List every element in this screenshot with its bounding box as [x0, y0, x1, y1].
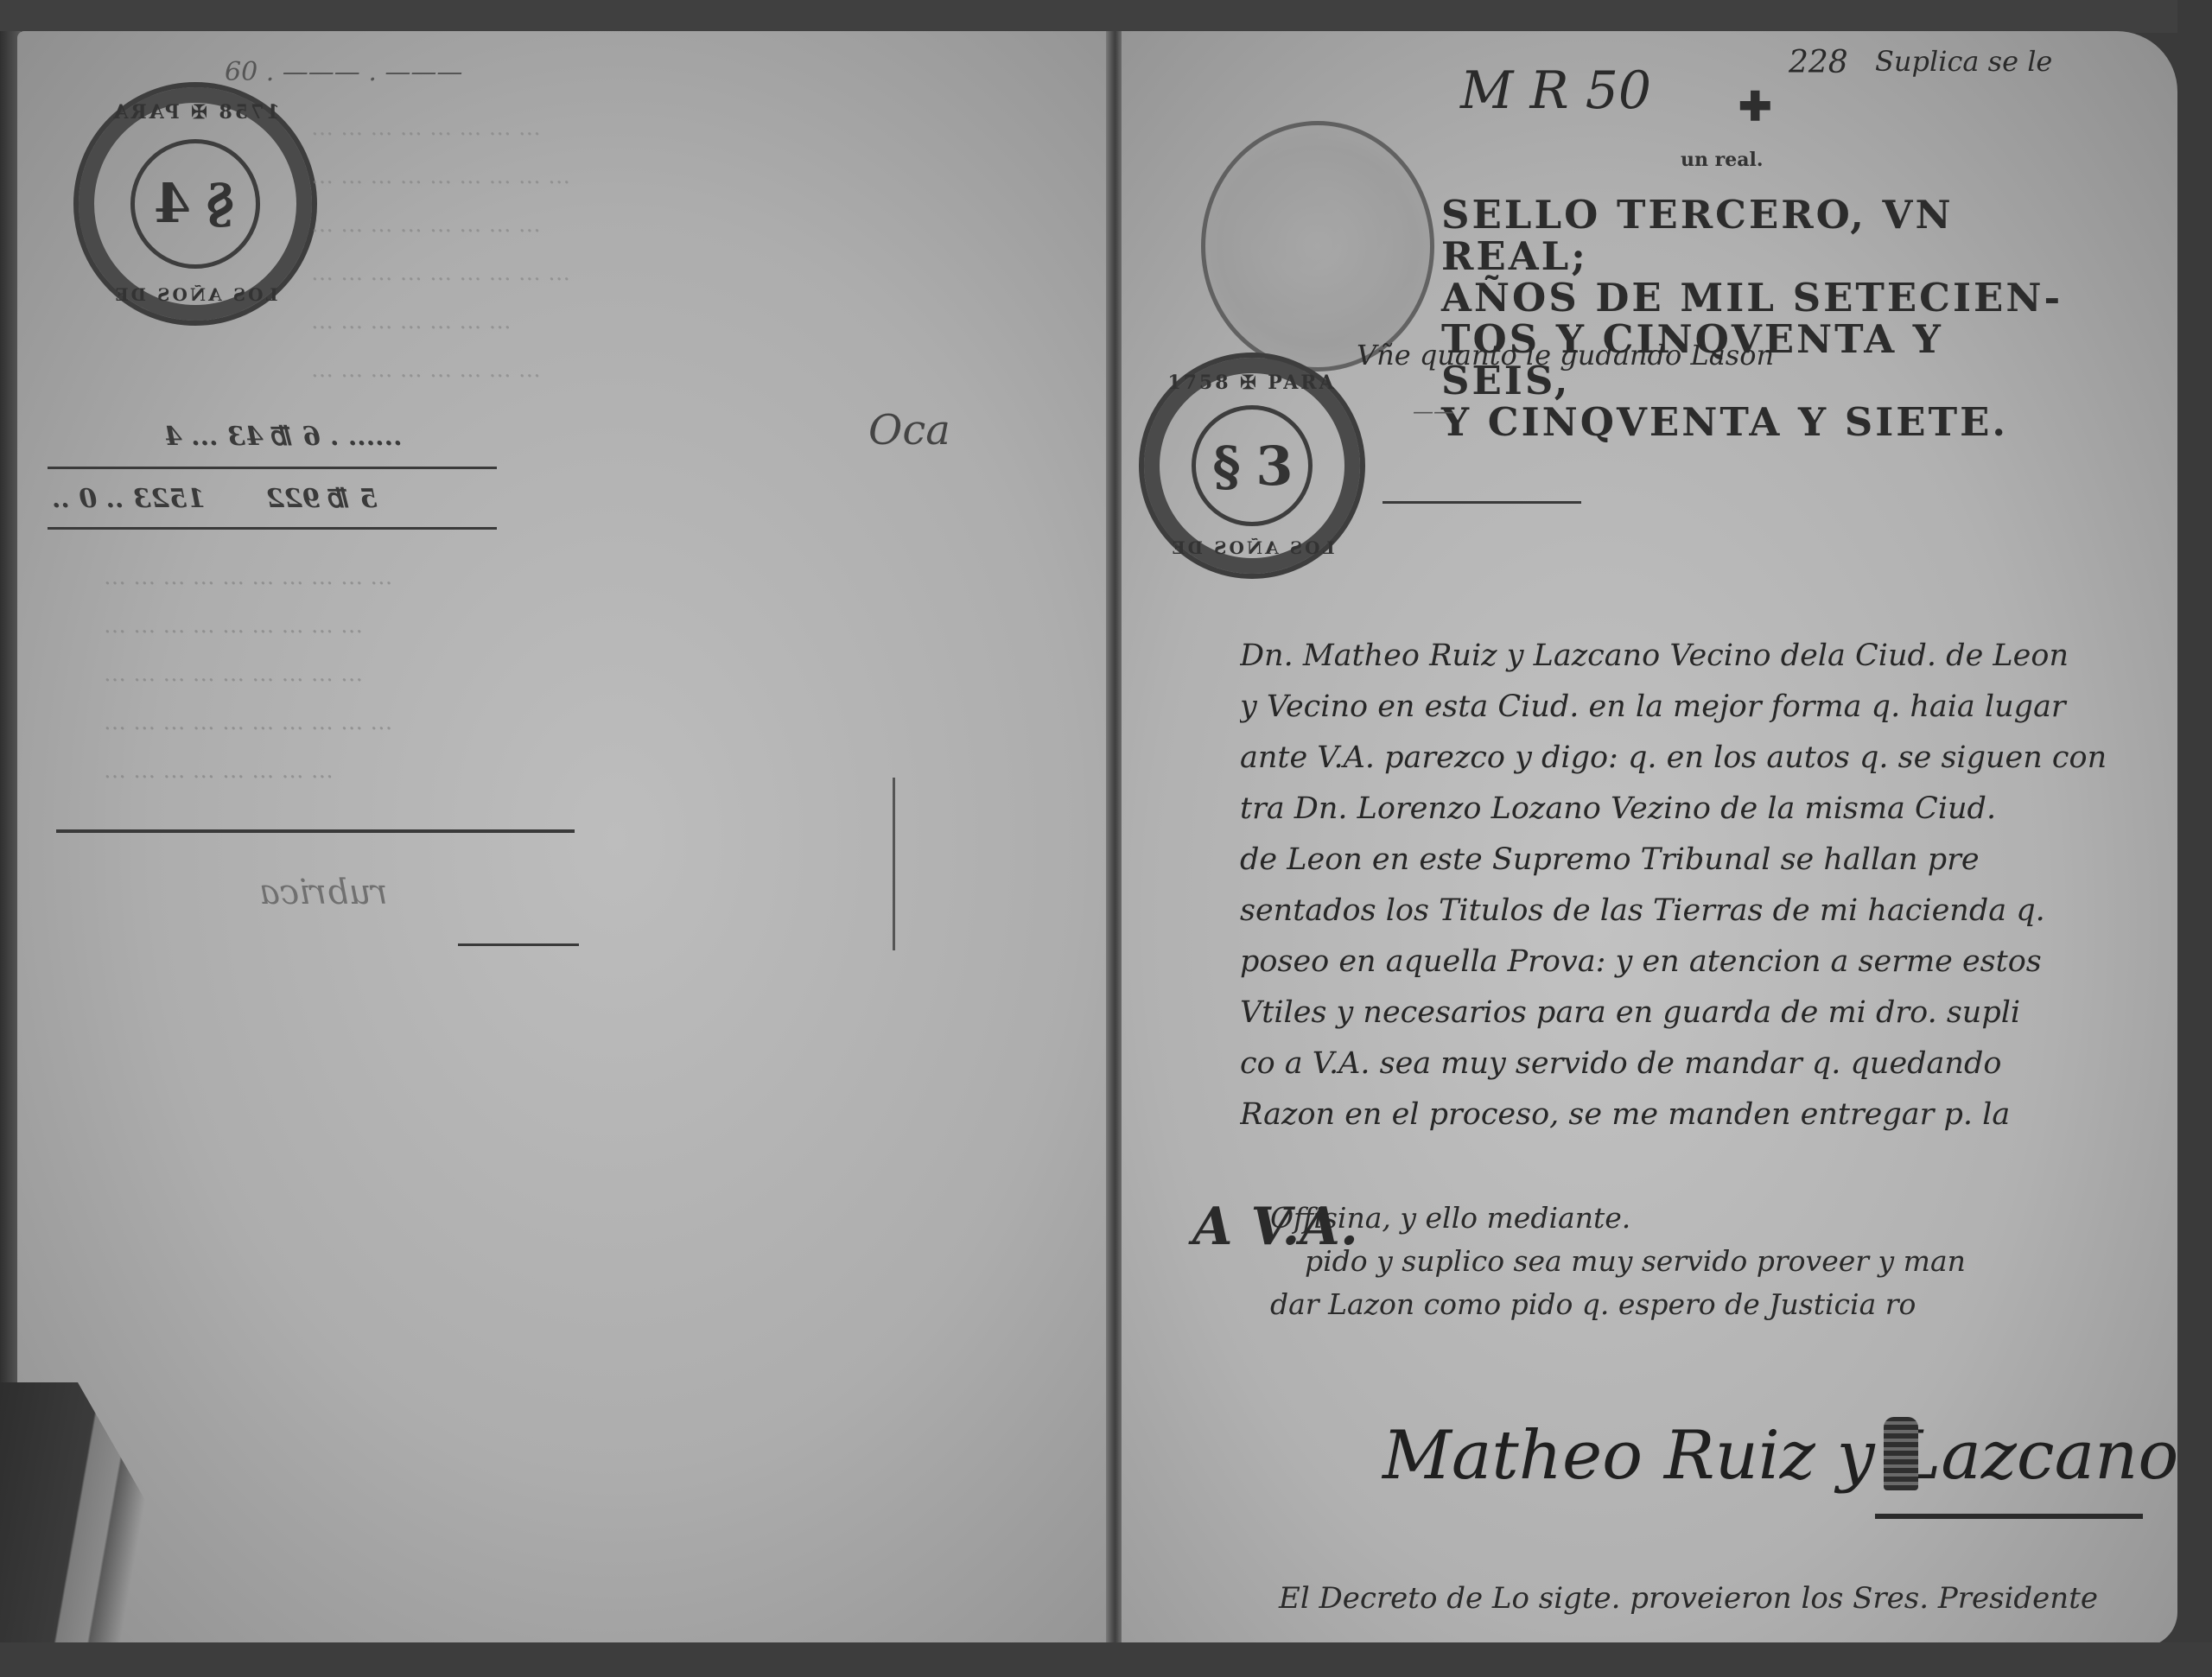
heading-rule — [1382, 501, 1581, 504]
handwritten-heading-2: —— — [1413, 399, 1454, 423]
body-line: ante V.A. parezco y digo: q. en los auto… — [1240, 733, 2173, 784]
heading-line: Y CINQVENTA Y SIETE. — [1441, 402, 2072, 443]
seal-ring-text-top: 1758 ✠ PARA — [1144, 372, 1360, 394]
ghost-line: … … … … … … … — [311, 297, 512, 346]
body-line: sentados los Titulos de las Tierras de m… — [1240, 886, 2173, 937]
royal-coat-of-arms-seal — [1201, 121, 1434, 372]
handwritten-heading: Vñe quanto le gudando Lason — [1357, 339, 1774, 372]
folio-mark: M R 50 — [1460, 60, 1651, 121]
heading-line: SELLO TERCERO, VN REAL; — [1441, 194, 2072, 277]
ghost-line: … … … … … … … … — [311, 104, 541, 152]
margin-note: Suplica se le — [1875, 45, 2052, 78]
petition-body: Dn. Matheo Ruiz y Lazcano Vecino dela Ci… — [1240, 631, 2173, 1140]
decree-text: El Decreto de Lo sigte. proveieron los S… — [1279, 1581, 2098, 1616]
left-signature-rule — [458, 943, 579, 946]
body-line: de Leon en este Supremo Tribunal se hall… — [1240, 835, 2173, 886]
seal-ring-text-bottom: LOS AÑOS DE — [79, 284, 312, 305]
book-spine — [1106, 31, 1122, 1647]
account-entry-1: 6 ℔ 43 ... 4 ...... . — [164, 422, 402, 452]
left-signature-ghost: rubrica — [259, 873, 388, 912]
ghost-line: … … … … … … … … … — [311, 249, 570, 297]
account-amount: 6 ℔ 43 ... 4 — [164, 422, 321, 452]
body-line: co a V.A. sea muy servido de mandar q. q… — [1240, 1039, 2173, 1089]
seal-center-text: § 4 — [156, 172, 234, 235]
ghost-line: … … … … … … … … … … — [104, 698, 392, 746]
body-line: Vtiles y necesarios para en guarda de mi… — [1240, 988, 2173, 1039]
account-entry-2: 1523 .. 0 .. 5 ℔ 922 — [52, 484, 378, 514]
body-line: Razon en el proceso, se me manden entreg… — [1240, 1089, 2173, 1140]
left-closing-rule — [56, 829, 575, 833]
scan-frame-top — [0, 0, 2212, 33]
seal-ring-text-top: 1758 ✠ PARA — [79, 101, 312, 124]
folio-number: 228 — [1789, 45, 1848, 80]
account-label: ...... . — [330, 422, 403, 452]
signature-rubric — [1884, 1417, 1918, 1490]
left-page-number-fragment: 60 . ——— . ——— — [225, 57, 462, 87]
ghost-line: … … … … … … … … — [311, 346, 541, 394]
scan-frame-right — [2177, 0, 2212, 1677]
account-label: 1523 .. 0 .. — [52, 484, 205, 514]
closing-address: A V.A. — [1192, 1205, 1358, 1248]
left-vertical-stroke — [893, 778, 895, 950]
petitioner-signature: Matheo Ruiz y Lazcano — [1382, 1417, 2178, 1495]
scan-frame-bottom — [0, 1642, 2212, 1677]
ghost-line: … … … … … … … … … … — [104, 553, 392, 601]
seal-ring-text-bottom: LOS AÑOS DE — [1144, 537, 1360, 558]
ghost-line: … … … … … … … … … — [311, 152, 570, 200]
petition-closing: A V.A. Offisina, y ello mediante. pido y… — [1192, 1197, 2195, 1326]
body-line: y Vecino en esta Ciud. en la mejor forma… — [1240, 682, 2173, 733]
account-divider-top — [48, 467, 497, 469]
stamped-paper-heading: SELLO TERCERO, VN REAL; AÑOS DE MIL SETE… — [1441, 194, 2072, 443]
decree-note: El Decreto de Lo sigte. proveieron los S… — [1279, 1581, 2098, 1616]
bleed-through-text-upper: … … … … … … … … … … … … … … … … … … … … … — [311, 104, 899, 394]
ghost-line: … … … … … … … … — [104, 746, 334, 795]
account-amount: 5 ℔ 922 — [266, 484, 378, 514]
tax-seal-left: 1758 ✠ PARA § 4 LOS AÑOS DE — [73, 82, 317, 326]
tax-seal-right: 1758 ✠ PARA § 3 LOS AÑOS DE — [1139, 353, 1365, 579]
ghost-line: … … … … … … … … … — [104, 601, 363, 650]
seal-center-text: § 3 — [1212, 435, 1291, 498]
seal-center: § 4 — [130, 139, 260, 269]
left-margin-scrawl: Oca — [868, 406, 950, 454]
ghost-line: … … … … … … … … — [311, 200, 541, 249]
bleed-through-text-lower: … … … … … … … … … … … … … … … … … … … … … — [104, 553, 812, 795]
body-line: tra Dn. Lorenzo Lozano Vezino de la mism… — [1240, 784, 2173, 835]
body-line: poseo en aquella Prova: y en atencion a … — [1240, 937, 2173, 988]
printed-subheading: un real. — [1681, 149, 1764, 171]
heading-line: AÑOS DE MIL SETECIEN- — [1441, 277, 2072, 319]
seal-center: § 3 — [1192, 405, 1313, 526]
cross-icon: ✚ — [1738, 83, 1772, 130]
closing-line: dar Lazon como pido q. espero de Justici… — [1192, 1283, 2195, 1326]
ghost-line: … … … … … … … … … — [104, 650, 363, 698]
signature-underline — [1875, 1514, 2143, 1519]
body-line: Dn. Matheo Ruiz y Lazcano Vecino dela Ci… — [1240, 631, 2173, 682]
account-divider-bottom — [48, 527, 497, 530]
